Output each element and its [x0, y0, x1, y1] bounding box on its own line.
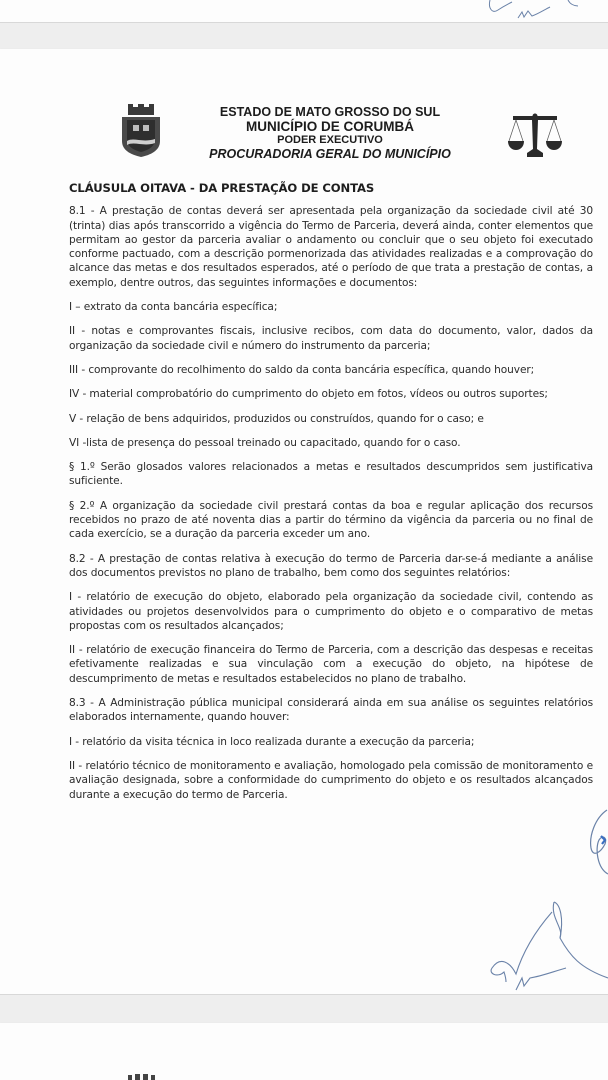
clause-content: CLÁUSULA OITAVA - DA PRESTAÇÃO DE CONTAS…	[69, 181, 593, 812]
item-8-2-ii: II - relatório de execução financeira do…	[69, 643, 593, 686]
municipal-coat-of-arms-icon	[116, 103, 166, 159]
item-8-1-iii: III - comprovante do recolhimento do sal…	[69, 363, 593, 377]
margin-initial-icon	[583, 808, 608, 878]
header-power: PODER EXECUTIVO	[180, 134, 480, 147]
page-separator	[0, 22, 608, 50]
paragraph-section-2: § 2.º A organização da sociedade civil p…	[69, 499, 593, 542]
page-separator	[0, 994, 608, 1024]
paragraph-8-1: 8.1 - A prestação de contas deverá ser a…	[69, 204, 593, 290]
next-page-fragment	[0, 1023, 608, 1080]
paragraph-8-3: 8.3 - A Administração pública municipal …	[69, 696, 593, 725]
item-8-1-ii: II - notas e comprovantes fiscais, inclu…	[69, 324, 593, 353]
item-8-1-v: V - relação de bens adquiridos, produzid…	[69, 412, 593, 426]
previous-page-fragment	[0, 0, 608, 22]
item-8-3-i: I - relatório da visita técnica in loco …	[69, 735, 593, 749]
signature-icon	[484, 898, 608, 994]
paragraph-8-2: 8.2 - A prestação de contas relativa à e…	[69, 552, 593, 581]
header-titles: ESTADO DE MATO GROSSO DO SUL MUNICÍPIO D…	[180, 103, 480, 161]
clause-title: CLÁUSULA OITAVA - DA PRESTAÇÃO DE CONTAS	[69, 181, 593, 195]
header-office: PROCURADORIA GERAL DO MUNICÍPIO	[180, 147, 480, 161]
paragraph-section-1: § 1.º Serão glosados valores relacionado…	[69, 460, 593, 489]
scales-of-justice-icon	[507, 111, 563, 161]
item-8-2-i: I - relatório de execução do objeto, ela…	[69, 590, 593, 633]
header-state: ESTADO DE MATO GROSSO DO SUL	[180, 105, 480, 119]
item-8-3-ii: II - relatório técnico de monitoramento …	[69, 759, 593, 802]
item-8-1-iv: IV - material comprobatório do cumprimen…	[69, 387, 593, 401]
item-8-1-vi: VI -lista de presença do pessoal treinad…	[69, 436, 593, 450]
item-8-1-i: I – extrato da conta bancária específica…	[69, 300, 593, 314]
municipal-coat-of-arms-icon	[124, 1073, 158, 1080]
document-header: ESTADO DE MATO GROSSO DO SUL MUNICÍPIO D…	[0, 103, 608, 165]
signature-icon	[458, 0, 578, 22]
header-municipality: MUNICÍPIO DE CORUMBÁ	[180, 119, 480, 134]
